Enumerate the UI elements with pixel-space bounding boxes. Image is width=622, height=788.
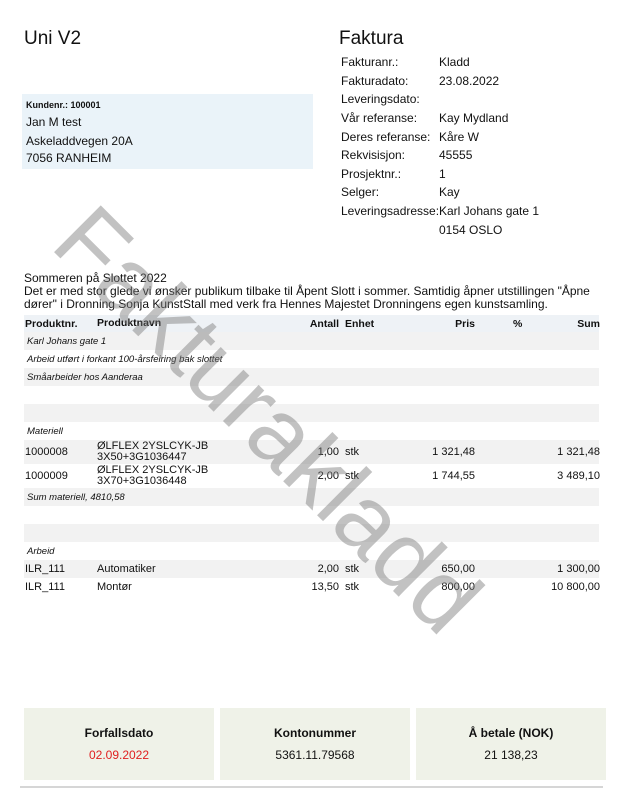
customer-address: Askeladdvegen 20A <box>26 134 133 148</box>
company-name: Uni V2 <box>24 28 81 50</box>
table-note-row: Materiell <box>24 422 599 440</box>
meta-label: Selger: <box>341 185 439 199</box>
meta-row: Deres referanse:Kåre W <box>341 127 539 146</box>
meta-label: Fakturadato: <box>341 74 439 88</box>
meta-label: Deres referanse: <box>341 130 439 144</box>
cell-price: 800,00 <box>389 581 475 593</box>
customer-address-box: Kundenr.: 100001 Jan M test Askeladdvege… <box>22 94 313 169</box>
row-note: Karl Johans gate 1 <box>24 336 106 347</box>
table-note-row <box>24 524 599 542</box>
cell-sum: 10 800,00 <box>527 581 600 593</box>
row-note: Materiell <box>24 426 63 437</box>
meta-row: Selger:Kay <box>341 183 539 202</box>
meta-row: Fakturadato:23.08.2022 <box>341 72 539 91</box>
customer-name: Jan M test <box>26 115 81 129</box>
summary-label: Å betale (NOK) <box>469 726 554 740</box>
meta-label: Fakturanr.: <box>341 55 439 69</box>
summary-value: 21 138,23 <box>484 748 537 762</box>
col-product-name: Produktnavn <box>97 318 257 329</box>
meta-label: Rekvisisjon: <box>341 148 439 162</box>
meta-row: Fakturanr.:Kladd <box>341 53 539 72</box>
cell-quantity: 2,00 <box>257 470 339 482</box>
table-note-row: Arbeid utført i forkant 100-årsfeiring b… <box>24 350 599 368</box>
table-row: ILR_111Montør13,50stk800,0010 800,00 <box>24 578 599 596</box>
table-row: 1000008ØLFLEX 2YSLCYK-JB 3X50+3G10364471… <box>24 440 599 464</box>
cell-sum: 1 300,00 <box>527 563 600 575</box>
col-price: Pris <box>389 318 475 330</box>
customer-number: Kundenr.: 100001 <box>26 100 101 110</box>
summary-value: 02.09.2022 <box>89 748 149 762</box>
table-body: Karl Johans gate 1Arbeid utført i forkan… <box>24 332 599 596</box>
cell-quantity: 2,00 <box>257 563 339 575</box>
cell-product-name: ØLFLEX 2YSLCYK-JB 3X50+3G1036447 <box>97 441 257 463</box>
row-note: Sum materiell, 4810,58 <box>24 492 125 503</box>
meta-value: 45555 <box>439 148 472 162</box>
customer-postal: 7056 RANHEIM <box>26 151 111 165</box>
cell-unit: stk <box>339 470 389 482</box>
meta-value: Karl Johans gate 1 <box>439 204 539 218</box>
cell-unit: stk <box>339 581 389 593</box>
cell-quantity: 13,50 <box>257 581 339 593</box>
intro-text: Det er med stor glede vi ønsker publikum… <box>24 285 604 311</box>
invoice-lines-table: Produktnr. Produktnavn Antall Enhet Pris… <box>24 315 599 596</box>
summary-box: Kontonummer5361.11.79568 <box>220 708 410 780</box>
cell-product-number: ILR_111 <box>24 563 97 575</box>
cell-quantity: 1,00 <box>257 446 339 458</box>
table-note-row <box>24 386 599 404</box>
cell-product-name: Montør <box>97 582 257 593</box>
col-sum: Sum <box>527 318 600 330</box>
col-discount: % <box>475 318 527 330</box>
meta-value: Kay Mydland <box>439 111 508 125</box>
cell-price: 650,00 <box>389 563 475 575</box>
summary-box: Forfallsdato02.09.2022 <box>24 708 214 780</box>
cell-product-name: ØLFLEX 2YSLCYK-JB 3X70+3G1036448 <box>97 465 257 487</box>
meta-row: Rekvisisjon:45555 <box>341 146 539 165</box>
meta-row: Leveringsadresse:Karl Johans gate 1 <box>341 202 539 221</box>
table-note-row: Arbeid <box>24 542 599 560</box>
cell-sum: 1 321,48 <box>527 446 600 458</box>
cell-unit: stk <box>339 563 389 575</box>
meta-row: Leveringsdato: <box>341 90 539 109</box>
summary-box: Å betale (NOK)21 138,23 <box>416 708 606 780</box>
meta-label: Leveringsadresse: <box>341 204 439 218</box>
meta-label: Leveringsdato: <box>341 92 439 106</box>
payment-summary: Forfallsdato02.09.2022Kontonummer5361.11… <box>24 708 606 780</box>
meta-value: Kay <box>439 185 460 199</box>
meta-label: Prosjektnr.: <box>341 167 439 181</box>
table-note-row: Sum materiell, 4810,58 <box>24 488 599 506</box>
document-title: Faktura <box>339 28 403 50</box>
row-note: Småarbeider hos Aanderaa <box>24 372 143 383</box>
cell-product-number: ILR_111 <box>24 581 97 593</box>
col-unit: Enhet <box>339 318 389 330</box>
col-product-number: Produktnr. <box>24 318 97 330</box>
meta-row: 0154 OSLO <box>341 220 539 239</box>
invoice-intro: Sommeren på Slottet 2022 Det er med stor… <box>24 272 604 311</box>
meta-value: 23.08.2022 <box>439 74 499 88</box>
row-note: Arbeid <box>24 546 54 557</box>
cell-product-name: Automatiker <box>97 564 257 575</box>
summary-label: Kontonummer <box>274 726 356 740</box>
table-note-row: Karl Johans gate 1 <box>24 332 599 350</box>
meta-row: Vår referanse:Kay Mydland <box>341 109 539 128</box>
table-row: 1000009ØLFLEX 2YSLCYK-JB 3X70+3G10364482… <box>24 464 599 488</box>
table-row: ILR_111Automatiker2,00stk650,001 300,00 <box>24 560 599 578</box>
summary-value: 5361.11.79568 <box>275 748 354 762</box>
meta-value: 0154 OSLO <box>439 223 502 237</box>
cell-unit: stk <box>339 446 389 458</box>
cell-product-number: 1000008 <box>24 446 97 458</box>
table-note-row: Småarbeider hos Aanderaa <box>24 368 599 386</box>
invoice-metadata: Fakturanr.:KladdFakturadato:23.08.2022Le… <box>341 53 539 239</box>
cell-product-number: 1000009 <box>24 470 97 482</box>
cell-price: 1 744,55 <box>389 470 475 482</box>
cell-price: 1 321,48 <box>389 446 475 458</box>
meta-label: Vår referanse: <box>341 111 439 125</box>
table-note-row <box>24 404 599 422</box>
meta-value: Kåre W <box>439 130 479 144</box>
meta-value: Kladd <box>439 55 470 69</box>
cell-sum: 3 489,10 <box>527 470 600 482</box>
meta-row: Prosjektnr.:1 <box>341 165 539 184</box>
table-header: Produktnr. Produktnavn Antall Enhet Pris… <box>24 315 599 332</box>
summary-label: Forfallsdato <box>85 726 154 740</box>
col-quantity: Antall <box>257 318 339 330</box>
row-note: Arbeid utført i forkant 100-årsfeiring b… <box>24 354 222 365</box>
meta-value: 1 <box>439 167 446 181</box>
table-note-row <box>24 506 599 524</box>
